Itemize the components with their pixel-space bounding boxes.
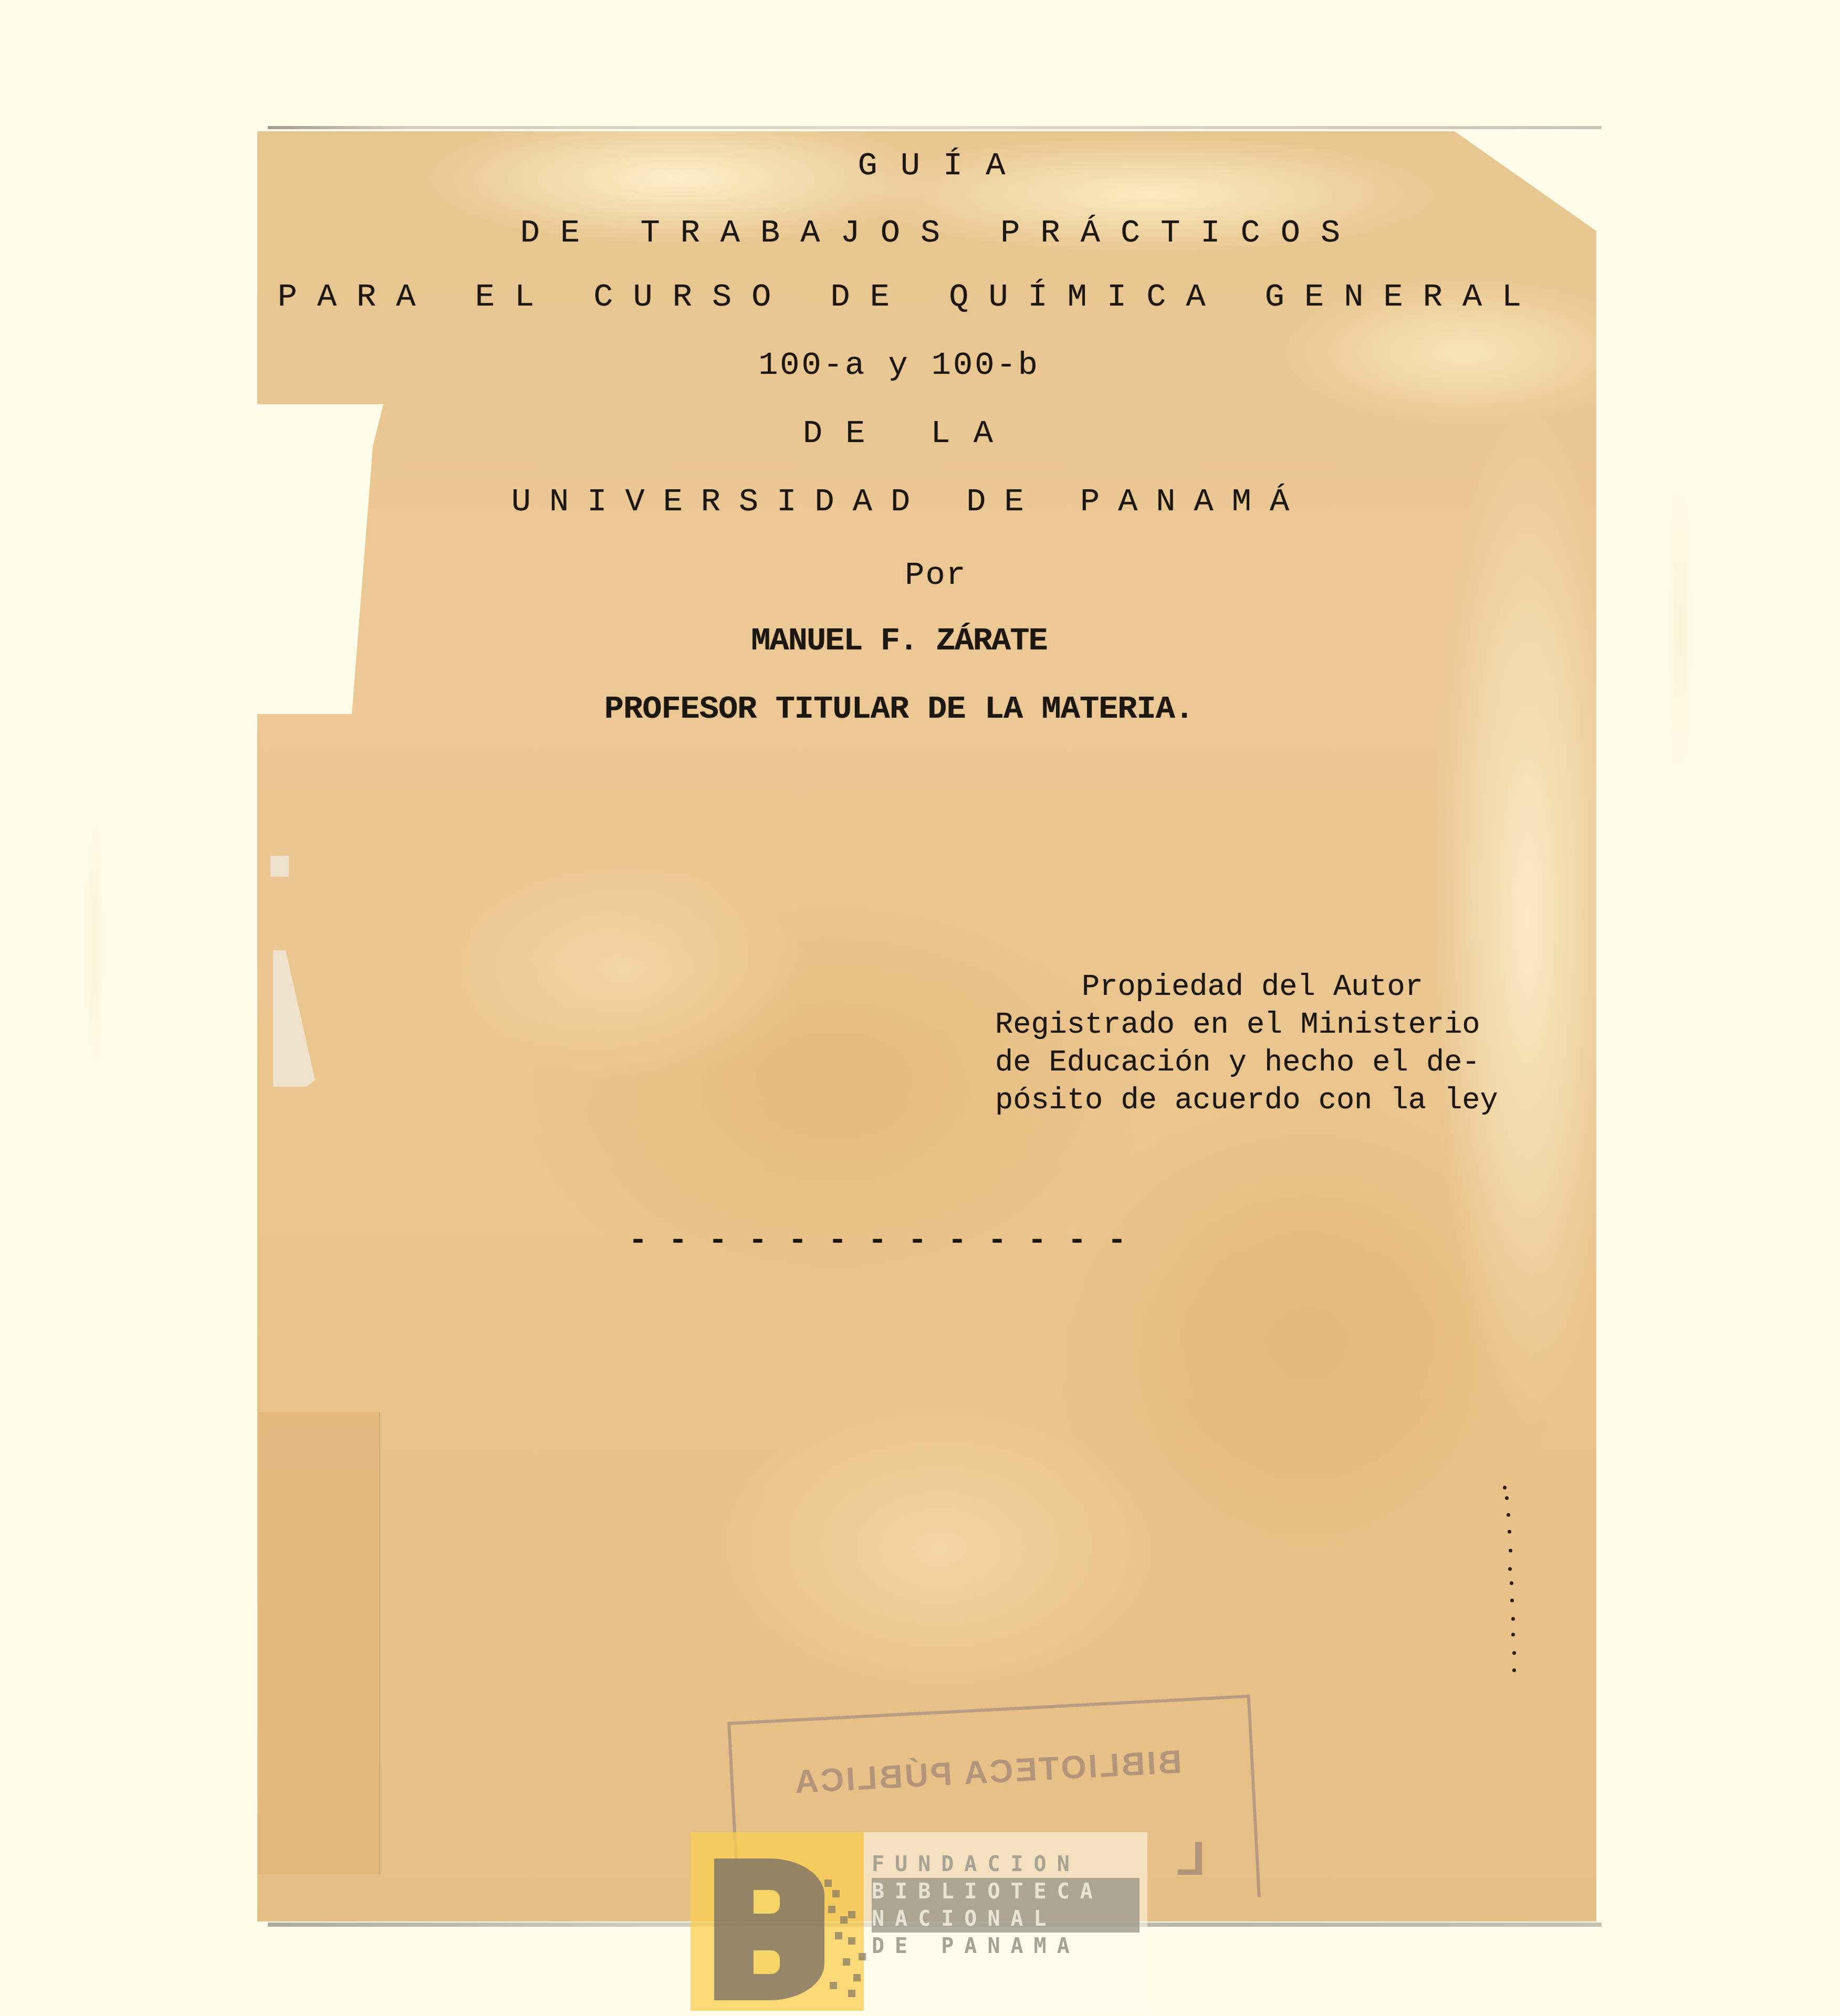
separator-line: - - - - - - - - - - - - - (0, 1223, 1798, 1259)
doc-subtitle-line-3: DE LA (0, 415, 1829, 452)
byline-label: Por (16, 556, 1840, 594)
doc-subtitle-line-2: PARA EL CURSO DE QUÍMICA GENERAL (0, 278, 1829, 316)
foundation-name-line: FUNDACION (872, 1851, 1139, 1878)
ink-specks (1502, 1475, 1518, 1675)
rights-line: de Educación y hecho el de- (995, 1044, 1625, 1082)
logo-counter (754, 1890, 780, 1914)
rights-line: Registrado en el Ministerio (995, 1006, 1625, 1044)
university-name: UNIVERSIDAD DE PANAMÁ (0, 483, 1829, 520)
doc-subtitle-line-1: DE TRABAJOS PRÁCTICOS (0, 214, 1840, 251)
library-stamp-fragment: L (1176, 1832, 1205, 1886)
course-codes: 100-a y 100-b (0, 346, 1819, 384)
doc-title: GUÍA (0, 147, 1840, 184)
foundation-name-line: NACIONAL (872, 1905, 1139, 1933)
rights-line: Propiedad del Autor (995, 969, 1625, 1006)
tape-patch (258, 1412, 380, 1874)
rights-notice: Propiedad del Autor Registrado en el Min… (995, 969, 1625, 1120)
foundation-name: FUNDACION BIBLIOTECA NACIONAL DE PANAMA (872, 1851, 1139, 1960)
foundation-logo-icon (691, 1832, 864, 2011)
logo-counter (754, 1950, 780, 1974)
foundation-name-line: DE PANAMA (872, 1933, 1139, 1960)
foundation-name-line: BIBLIOTECA (872, 1878, 1139, 1905)
logo-letter-b-icon (714, 1858, 824, 2000)
paper-tear (270, 856, 289, 877)
author-name: MANUEL F. ZÁRATE (0, 622, 1819, 659)
mount-edge-top (268, 126, 1602, 129)
rights-line: pósito de acuerdo con la ley (995, 1082, 1625, 1120)
author-title: PROFESOR TITULAR DE LA MATERIA. (0, 690, 1819, 728)
